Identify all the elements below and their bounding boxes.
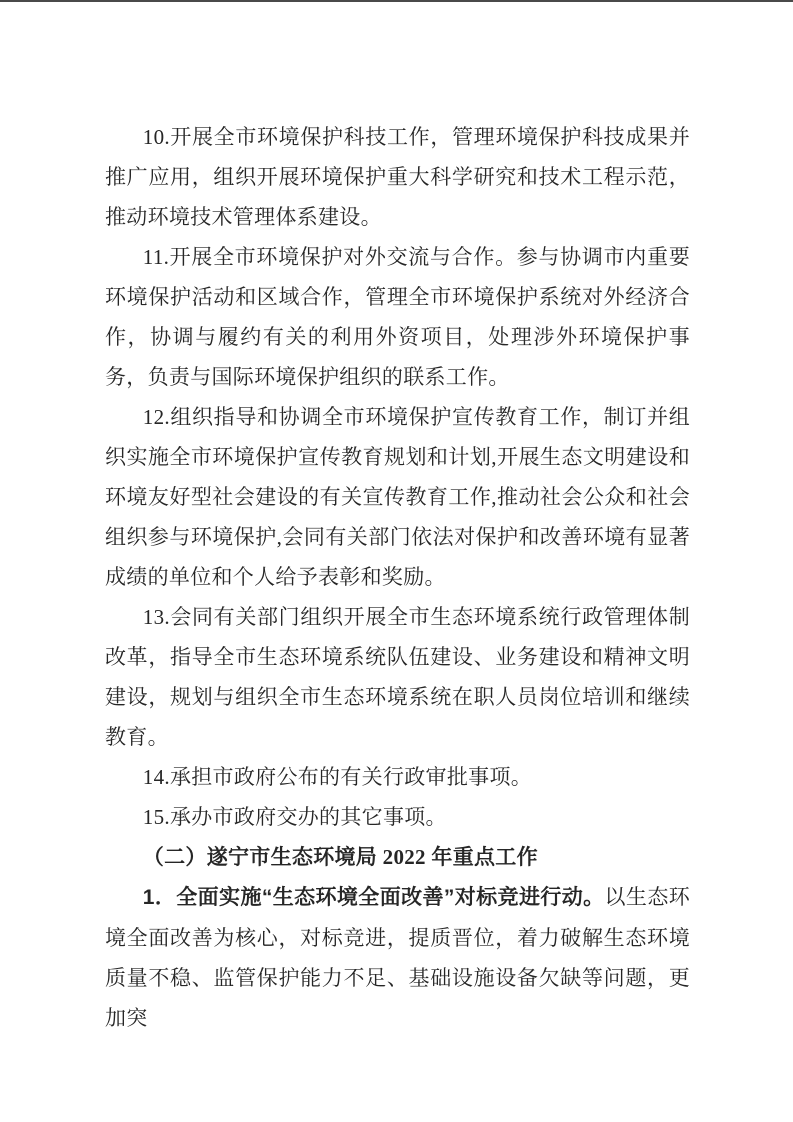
body-paragraph-item-15: 15.承办市政府交办的其它事项。 xyxy=(105,797,690,837)
document-content: 10.开展全市环境保护科技工作，管理环境保护科技成果并推广应用，组织开展环境保护… xyxy=(105,117,690,1038)
body-paragraph-item-12: 12.组织指导和协调全市环境保护宣传教育工作，制订并组织实施全市环境保护宣传教育… xyxy=(105,397,690,597)
body-paragraph-item-13: 13.会同有关部门组织开展全市生态环境系统行政管理体制改革，指导全市生态环境系统… xyxy=(105,597,690,757)
body-paragraph-item-10: 10.开展全市环境保护科技工作，管理环境保护科技成果并推广应用，组织开展环境保护… xyxy=(105,117,690,237)
keypoint-paragraph: 1．全面实施“生态环境全面改善”对标竞进行动。以生态环境全面改善为核心，对标竞进… xyxy=(105,877,690,1038)
body-paragraph-item-14: 14.承担市政府公布的有关行政审批事项。 xyxy=(105,757,690,797)
body-paragraph-item-11: 11.开展全市环境保护对外交流与合作。参与协调市内重要环境保护活动和区域合作，管… xyxy=(105,237,690,397)
keypoint-lead-text: 1．全面实施“生态环境全面改善”对标竞进行动。 xyxy=(143,886,605,909)
document-page: 10.开展全市环境保护科技工作，管理环境保护科技成果并推广应用，组织开展环境保护… xyxy=(0,0,793,1122)
section-heading: （二）遂宁市生态环境局 2022 年重点工作 xyxy=(105,837,690,877)
